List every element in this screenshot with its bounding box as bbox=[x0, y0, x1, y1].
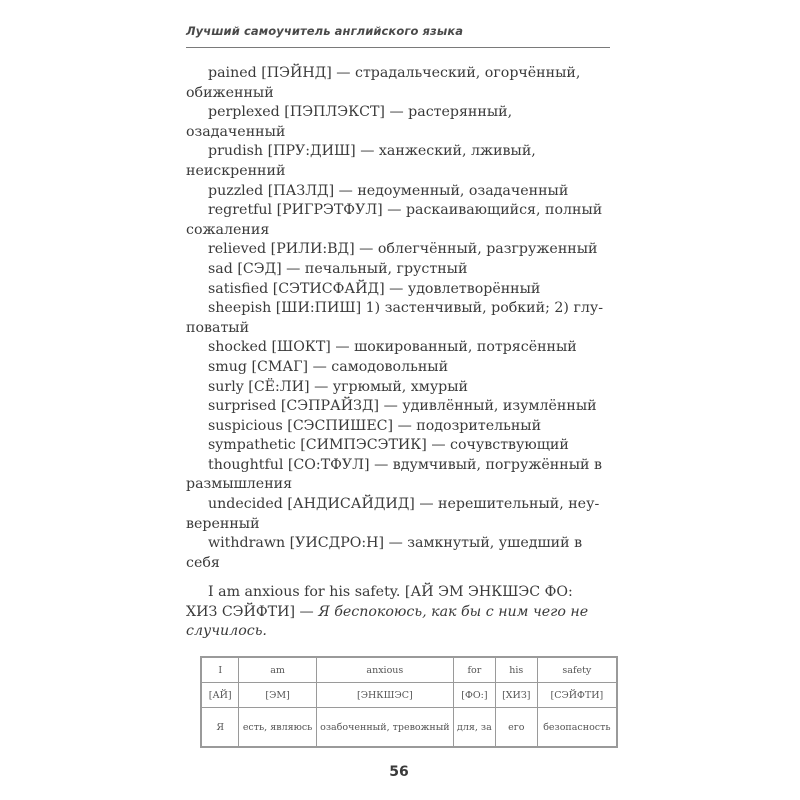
table-cell: for bbox=[453, 657, 495, 683]
entry-word: sheepish bbox=[208, 300, 271, 316]
entry-separator: — bbox=[427, 437, 450, 453]
entry-pronunciation: [СИМПЭСЭТИК] bbox=[300, 437, 427, 453]
vocabulary-entry: withdrawn [УИСДРО:Н] — замкнутый, ушедши… bbox=[186, 534, 606, 573]
table-row: [АЙ][ЭМ][ЭНКШЭС][ФО:][ХИЗ][СЭЙФТИ] bbox=[201, 683, 617, 708]
entry-separator: — bbox=[308, 359, 331, 375]
table-cell: I bbox=[201, 657, 239, 683]
vocabulary-entry: shocked [ШОКТ] — шокированный, потрясённ… bbox=[186, 338, 606, 358]
vocabulary-entry: perplexed [ПЭПЛЭКСТ] — растерянный, озад… bbox=[186, 103, 606, 142]
entry-pronunciation: [ПЭЙНД] bbox=[261, 65, 332, 81]
table-cell: его bbox=[495, 708, 537, 748]
entry-separator: — bbox=[393, 418, 416, 434]
entry-separator: — bbox=[356, 143, 379, 159]
entry-word: perplexed bbox=[208, 104, 280, 120]
vocabulary-entry: satisfied [СЭТИСФАЙД] — удовлетворённый bbox=[186, 280, 606, 300]
entry-meaning: шокированный, потрясённый bbox=[354, 339, 577, 355]
entry-word: surprised bbox=[208, 398, 276, 414]
entry-word: sad bbox=[208, 261, 233, 277]
entry-meaning: удивлённый, изумлённый bbox=[402, 398, 596, 414]
entry-meaning: печальный, грустный bbox=[305, 261, 468, 277]
example-sentence: I am anxious for his safety. [АЙ ЭМ ЭНКШ… bbox=[186, 583, 606, 642]
table-cell: his bbox=[495, 657, 537, 683]
entry-meaning: недоуменный, озадаченный bbox=[357, 183, 568, 199]
entry-separator: — bbox=[379, 398, 402, 414]
entry-separator: — bbox=[383, 202, 406, 218]
entry-separator: — bbox=[331, 339, 354, 355]
vocabulary-entry: relieved [РИЛИ:ВД] — облегчённый, разгру… bbox=[186, 240, 606, 260]
entry-meaning: облегчённый, разгруженный bbox=[378, 241, 598, 257]
entry-pronunciation: [СЭПРАЙЗД] bbox=[281, 398, 379, 414]
entry-separator: — bbox=[282, 261, 305, 277]
vocabulary-entry: sheepish [ШИ:ПИШ] 1) застенчивый, робкий… bbox=[186, 299, 606, 338]
entry-pronunciation: [ПЭПЛЭКСТ] bbox=[284, 104, 385, 120]
entry-pronunciation: [ШОКТ] bbox=[272, 339, 331, 355]
entry-word: suspicious bbox=[208, 418, 283, 434]
vocabulary-entry: prudish [ПРУ:ДИШ] — ханжеский, лживый, н… bbox=[186, 142, 606, 181]
entry-word: sympathetic bbox=[208, 437, 296, 453]
entry-meaning: самодовольный bbox=[331, 359, 448, 375]
table-cell: Я bbox=[201, 708, 239, 748]
vocabulary-entry: smug [СМАГ] — самодовольный bbox=[186, 358, 606, 378]
running-head: Лучший самоучитель английского языка bbox=[186, 24, 463, 38]
entry-pronunciation: [РИГРЭТФУЛ] bbox=[277, 202, 383, 218]
entry-pronunciation: [УИСДРО:Н] bbox=[290, 535, 384, 551]
table-cell: [ЭНКШЭС] bbox=[316, 683, 453, 708]
vocabulary-list: pained [ПЭЙНД] — страдальческий, огорчён… bbox=[186, 64, 606, 573]
entry-separator: — bbox=[385, 281, 408, 297]
entry-pronunciation: [СЭСПИШЕС] bbox=[287, 418, 393, 434]
vocabulary-entry: surprised [СЭПРАЙЗД] — удивлённый, изумл… bbox=[186, 397, 606, 417]
vocabulary-entry: thoughtful [СО:ТФУЛ] — вдумчивый, погруж… bbox=[186, 456, 606, 495]
entry-word: undecided bbox=[208, 496, 283, 512]
entry-word: satisfied bbox=[208, 281, 268, 297]
entry-pronunciation: [ШИ:ПИШ] bbox=[276, 300, 361, 316]
entry-meaning: удовлетворённый bbox=[408, 281, 541, 297]
entry-word: smug bbox=[208, 359, 247, 375]
gloss-table: Iamanxiousforhissafety[АЙ][ЭМ][ЭНКШЭС][Ф… bbox=[200, 656, 618, 748]
entry-separator: — bbox=[384, 535, 407, 551]
table-cell: для, за bbox=[453, 708, 495, 748]
vocabulary-entry: puzzled [ПАЗЛД] — недоуменный, озадаченн… bbox=[186, 182, 606, 202]
table-cell: [ХИЗ] bbox=[495, 683, 537, 708]
entry-word: pained bbox=[208, 65, 257, 81]
table-cell: [ЭМ] bbox=[239, 683, 316, 708]
page-number: 56 bbox=[186, 764, 612, 780]
entry-separator: — bbox=[310, 379, 333, 395]
entry-separator: — bbox=[370, 457, 393, 473]
entry-pronunciation: [РИЛИ:ВД] bbox=[271, 241, 355, 257]
table-cell: [СЭЙФТИ] bbox=[537, 683, 617, 708]
table-row: Iamanxiousforhissafety bbox=[201, 657, 617, 683]
table-cell: безопас­ность bbox=[537, 708, 617, 748]
entry-separator: — bbox=[415, 496, 438, 512]
entry-meaning: подозрительный bbox=[416, 418, 541, 434]
entry-word: thoughtful bbox=[208, 457, 283, 473]
entry-word: regretful bbox=[208, 202, 272, 218]
entry-pronunciation: [СЭТИСФАЙД] bbox=[273, 281, 385, 297]
entry-meaning: сочувствующий bbox=[450, 437, 569, 453]
entry-word: relieved bbox=[208, 241, 266, 257]
table-cell: есть, явля­юсь bbox=[239, 708, 316, 748]
entry-pronunciation: [ПАЗЛД] bbox=[268, 183, 334, 199]
vocabulary-entry: sympathetic [СИМПЭСЭТИК] — сочувствующий bbox=[186, 436, 606, 456]
entry-separator: — bbox=[332, 65, 355, 81]
entry-word: withdrawn bbox=[208, 535, 285, 551]
entry-separator: — bbox=[355, 241, 378, 257]
entry-pronunciation: [АНДИСАЙДИД] bbox=[287, 496, 415, 512]
vocabulary-entry: pained [ПЭЙНД] — страдальческий, огорчён… bbox=[186, 64, 606, 103]
entry-word: shocked bbox=[208, 339, 267, 355]
table-cell: safety bbox=[537, 657, 617, 683]
vocabulary-entry: sad [СЭД] — печальный, грустный bbox=[186, 260, 606, 280]
vocabulary-entry: suspicious [СЭСПИШЕС] — подозрительный bbox=[186, 417, 606, 437]
table-cell: am bbox=[239, 657, 316, 683]
table-cell: anxious bbox=[316, 657, 453, 683]
entry-pronunciation: [СЁ:ЛИ] bbox=[248, 379, 309, 395]
entry-meaning: угрюмый, хмурый bbox=[333, 379, 468, 395]
entry-pronunciation: [ПРУ:ДИШ] bbox=[268, 143, 356, 159]
table-cell: [ФО:] bbox=[453, 683, 495, 708]
vocabulary-entry: surly [СЁ:ЛИ] — угрюмый, хмурый bbox=[186, 378, 606, 398]
entry-word: surly bbox=[208, 379, 244, 395]
entry-pronunciation: [СЭД] bbox=[237, 261, 281, 277]
table-row: Яесть, явля­юсьозабоченный, трево­жныйдл… bbox=[201, 708, 617, 748]
entry-word: puzzled bbox=[208, 183, 263, 199]
book-page: Лучший самоучитель английского языка pai… bbox=[186, 0, 612, 800]
entry-separator: — bbox=[334, 183, 357, 199]
entry-pronunciation: [СО:ТФУЛ] bbox=[288, 457, 370, 473]
entry-word: prudish bbox=[208, 143, 263, 159]
entry-separator: — bbox=[385, 104, 408, 120]
vocabulary-entry: undecided [АНДИСАЙДИД] — нерешительный, … bbox=[186, 495, 606, 534]
header-rule bbox=[186, 47, 610, 48]
entry-pronunciation: [СМАГ] bbox=[251, 359, 308, 375]
vocabulary-entry: regretful [РИГРЭТФУЛ] — раскаивающийся, … bbox=[186, 201, 606, 240]
table-cell: [АЙ] bbox=[201, 683, 239, 708]
table-cell: озабоченный, трево­жный bbox=[316, 708, 453, 748]
